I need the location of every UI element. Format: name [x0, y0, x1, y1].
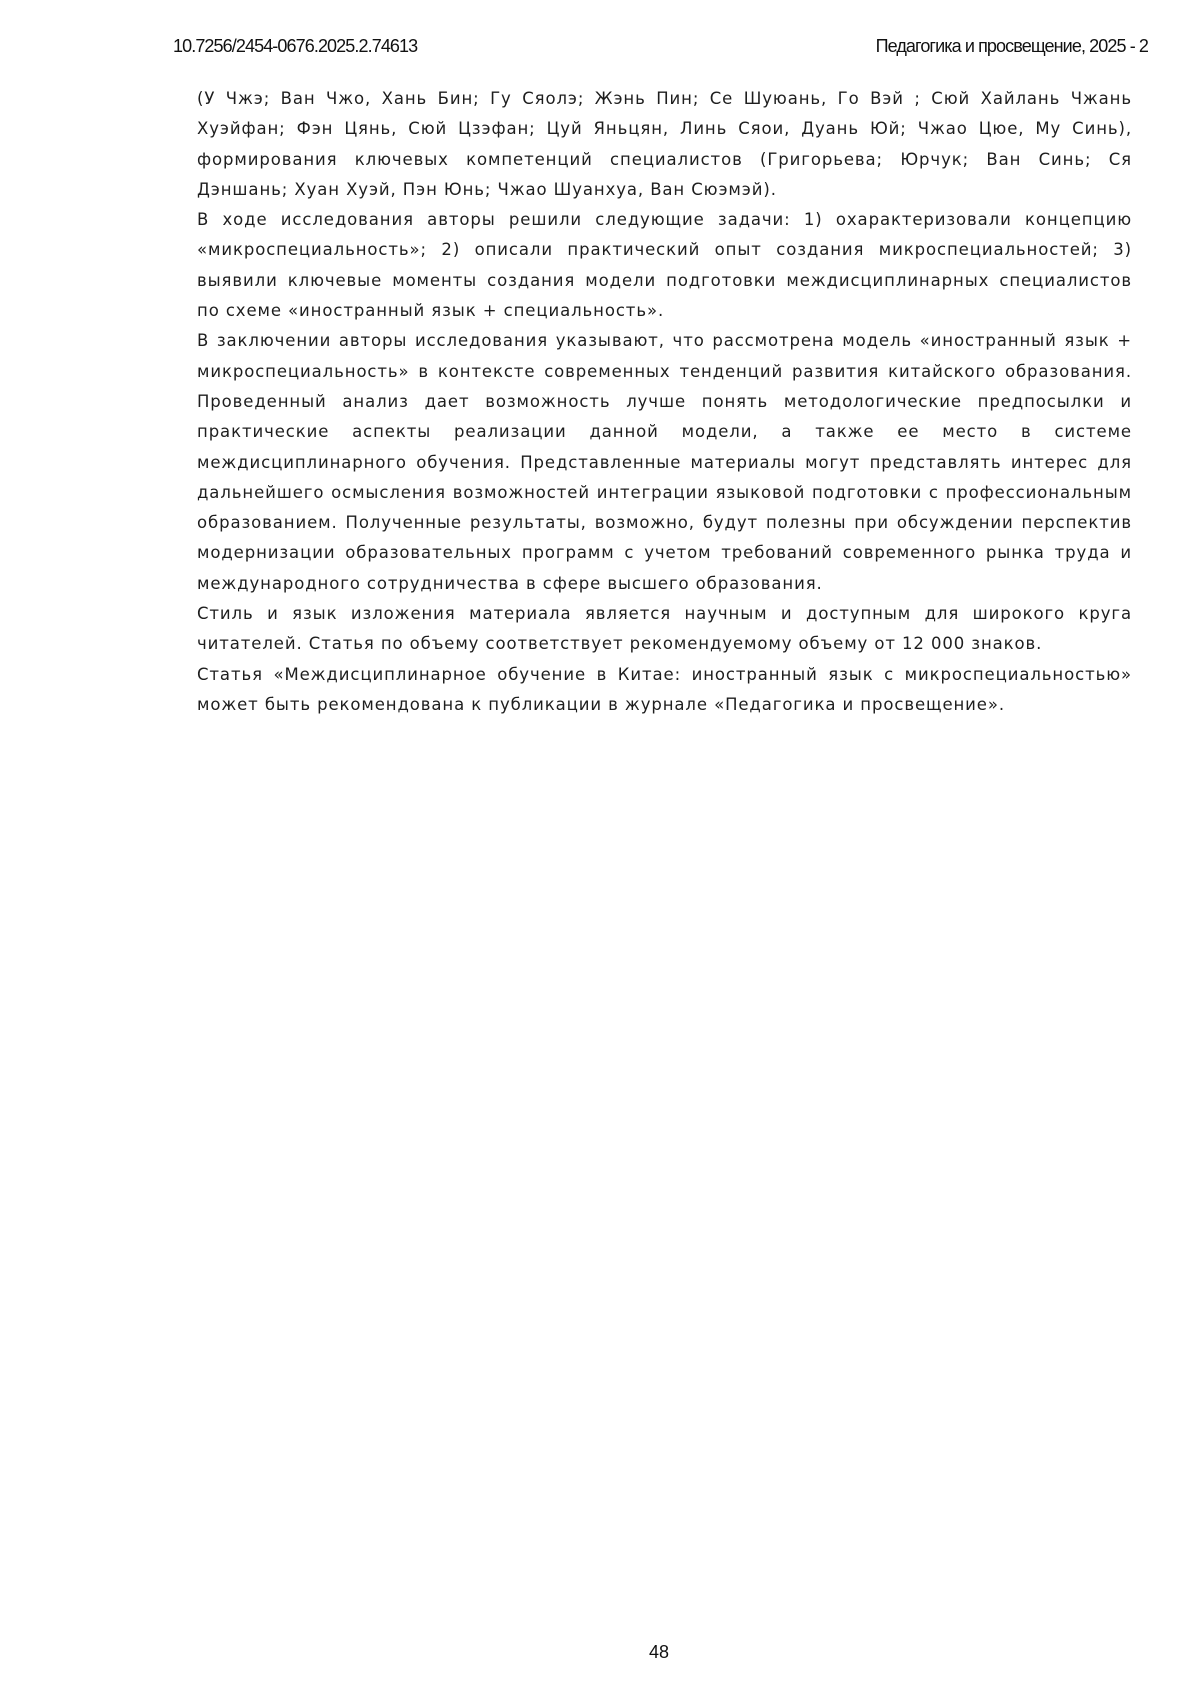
- paragraph-conclusion: В заключении авторы исследования указыва…: [197, 326, 1132, 599]
- review-body: (У Чжэ; Ван Чжо, Хань Бин; Гу Сяолэ; Жэн…: [197, 84, 1132, 720]
- doi-label: 10.7256/2454-0676.2025.2.74613: [173, 36, 417, 57]
- journal-title: Педагогика и просвещение, 2025 - 2: [876, 36, 1148, 57]
- paragraph-tasks: В ходе исследования авторы решили следую…: [197, 205, 1132, 326]
- running-header: 10.7256/2454-0676.2025.2.74613 Педагогик…: [173, 36, 1148, 60]
- paragraph-citations: (У Чжэ; Ван Чжо, Хань Бин; Гу Сяолэ; Жэн…: [197, 84, 1132, 205]
- paragraph-style: Стиль и язык изложения материала являетс…: [197, 599, 1132, 660]
- paragraph-recommendation: Статья «Междисциплинарное обучение в Кит…: [197, 660, 1132, 721]
- page-number: 48: [0, 1642, 1200, 1663]
